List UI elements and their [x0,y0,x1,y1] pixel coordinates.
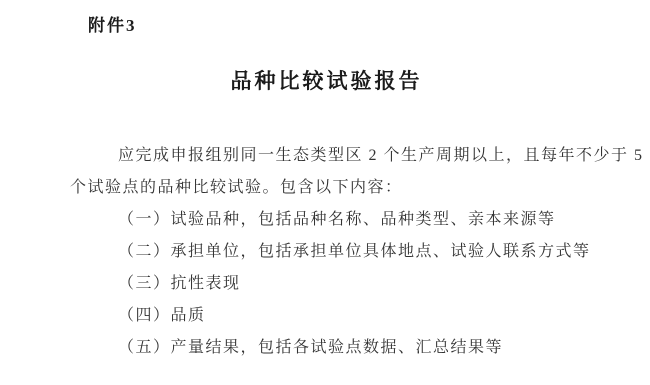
list-item-3: （三）抗性表现 [70,268,583,300]
list-item-5: （五）产量结果，包括各试验点数据、汇总结果等 [70,332,583,364]
document-page: 附件3 品种比较试验报告 应完成申报组别同一生态类型区 2 个生产周期以上，且每… [0,0,650,385]
paragraph-line-1: 应完成申报组别同一生态类型区 2 个生产周期以上，且每年不少于 5 [70,140,583,172]
list-item-1: （一）试验品种，包括品种名称、品种类型、亲本来源等 [70,204,583,236]
document-title: 品种比较试验报告 [70,68,583,96]
document-body: 应完成申报组别同一生态类型区 2 个生产周期以上，且每年不少于 5 个试验点的品… [70,140,583,364]
list-item-4: （四）品质 [70,300,583,332]
paragraph-line-2: 个试验点的品种比较试验。包含以下内容： [70,172,583,204]
attachment-label: 附件3 [88,15,650,37]
list-item-2: （二）承担单位，包括承担单位具体地点、试验人联系方式等 [70,236,583,268]
